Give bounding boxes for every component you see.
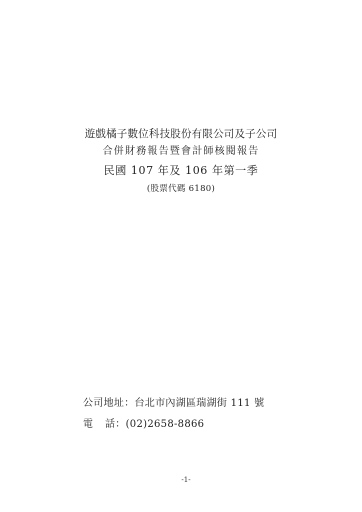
page-number: -1- xyxy=(0,477,362,484)
company-address: 公司地址：台北市內湖區瑞湖街 111 號 xyxy=(83,399,264,409)
phone-value: (02)2658-8866 xyxy=(126,419,205,430)
stock-code: (股票代碼 6180) xyxy=(0,185,362,194)
document-page: 遊戲橘子數位科技股份有限公司及子公司 合併財務報告暨會計師核閱報告 民國 107… xyxy=(0,0,362,512)
phone-label-part2: 話： xyxy=(105,420,126,430)
address-label: 公司地址： xyxy=(83,398,135,409)
report-period: 民國 107 年及 106 年第一季 xyxy=(0,165,362,176)
company-title: 遊戲橘子數位科技股份有限公司及子公司 xyxy=(0,129,362,140)
address-value: 台北市內湖區瑞湖街 111 號 xyxy=(135,398,265,409)
report-title: 合併財務報告暨會計師核閱報告 xyxy=(0,147,362,157)
phone-label-part1: 電 xyxy=(83,420,105,430)
company-phone: 電話：(02)2658-8866 xyxy=(83,420,204,430)
